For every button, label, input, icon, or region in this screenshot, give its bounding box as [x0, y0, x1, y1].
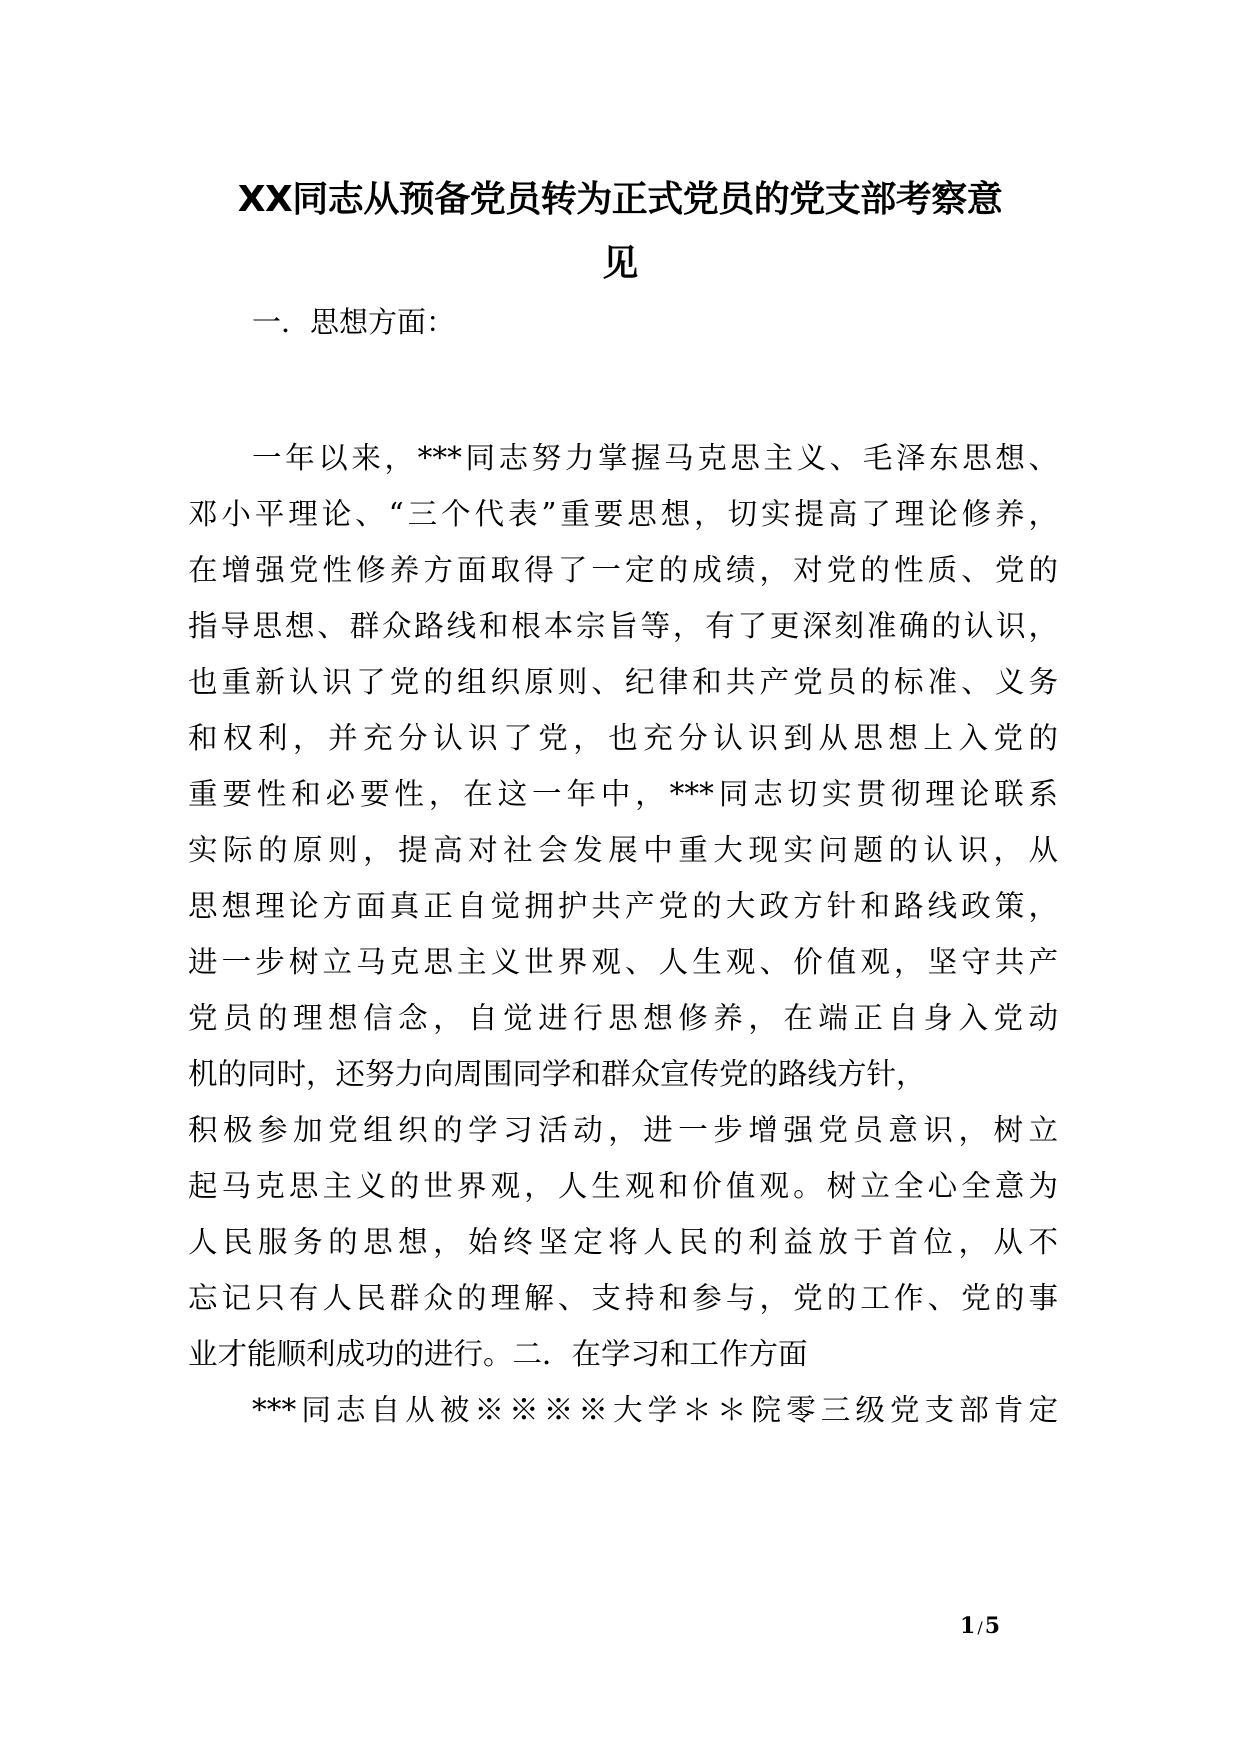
- document-title: XX同志从预备党员转为正式党员的党支部考察意 见: [180, 168, 1060, 296]
- paragraph-line: 和权利，并充分认识了党，也充分认识到从思想上入党的: [188, 710, 1058, 766]
- paragraph-line: 起马克思主义的世界观，人生观和价值观。树立全心全意为: [188, 1158, 1058, 1214]
- paragraph-line: 机的同时，还努力向周围同学和群众宣传党的路线方针，: [188, 1046, 1058, 1102]
- paragraph-line: 进一步树立马克思主义世界观、人生观、价值观，坚守共产: [188, 934, 1058, 990]
- title-line-1: XX同志从预备党员转为正式党员的党支部考察意: [180, 168, 1060, 232]
- paragraph-line: 一年以来，***同志努力掌握马克思主义、毛泽东思想、: [188, 430, 1058, 486]
- paragraph-line: 党员的理想信念，自觉进行思想修养，在端正自身入党动: [188, 990, 1058, 1046]
- page-separator: /: [977, 1618, 982, 1637]
- paragraph-line: 业才能顺利成功的进行。二．在学习和工作方面: [188, 1326, 1058, 1382]
- paragraph-line: 重要性和必要性，在这一年中，***同志切实贯彻理论联系: [188, 766, 1058, 822]
- paragraph-line: 邓小平理论、“三个代表”重要思想，切实提高了理论修养，: [188, 486, 1058, 542]
- page-current: 1: [960, 1613, 975, 1639]
- paragraph-line: 指导思想、群众路线和根本宗旨等，有了更深刻准确的认识，: [188, 598, 1058, 654]
- paragraph-line: ***同志自从被※※※※大学＊＊院零三级党支部肯定: [188, 1382, 1058, 1438]
- paragraph-line: 也重新认识了党的组织原则、纪律和共产党员的标准、义务: [188, 654, 1058, 710]
- paragraph-line: 忘记只有人民群众的理解、支持和参与，党的工作、党的事: [188, 1270, 1058, 1326]
- paragraph-line: 思想理论方面真正自觉拥护共产党的大政方针和路线政策，: [188, 878, 1058, 934]
- paragraph-line: 实际的原则，提高对社会发展中重大现实问题的认识，从: [188, 822, 1058, 878]
- page-number: 1/5: [960, 1612, 1000, 1642]
- paragraph-line: 积极参加党组织的学习活动，进一步增强党员意识，树立: [188, 1102, 1058, 1158]
- section-heading-ideology: 一．思想方面：: [252, 302, 455, 342]
- paragraph-line: 在增强党性修养方面取得了一定的成绩，对党的性质、党的: [188, 542, 1058, 598]
- document-page: XX同志从预备党员转为正式党员的党支部考察意 见 一．思想方面： 一年以来，**…: [0, 0, 1240, 1754]
- body-text: 一年以来，***同志努力掌握马克思主义、毛泽东思想、 邓小平理论、“三个代表”重…: [188, 430, 1058, 1438]
- title-line-2: 见: [180, 232, 1060, 296]
- paragraph-line: 人民服务的思想，始终坚定将人民的利益放于首位，从不: [188, 1214, 1058, 1270]
- page-total: 5: [985, 1613, 1000, 1639]
